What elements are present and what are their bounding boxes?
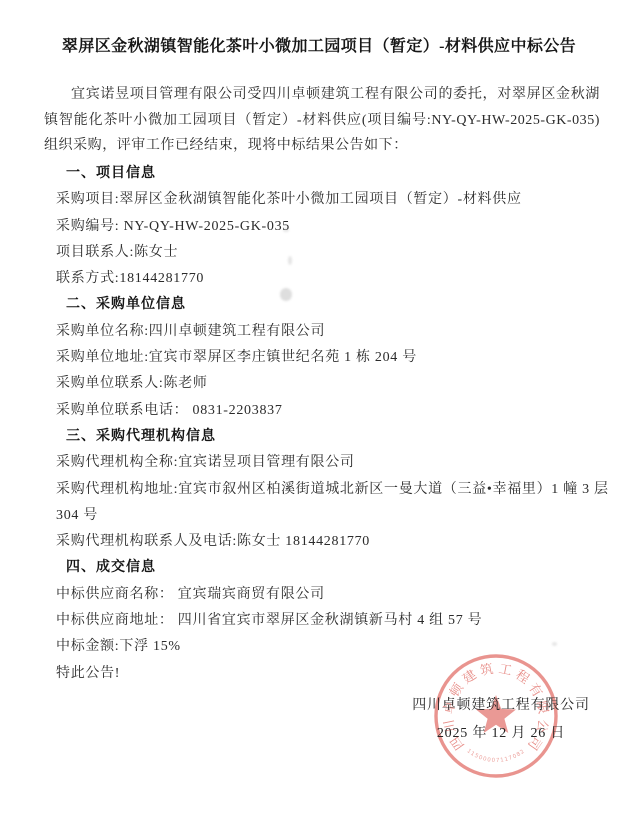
section-heading-purchaser-info: 二、采购单位信息 xyxy=(56,292,604,318)
document-title: 翠屏区金秋湖镇智能化茶叶小微加工园项目（暂定）-材料供应中标公告 xyxy=(0,33,638,56)
info-line-project-phone: 联系方式:18144281770 xyxy=(56,266,604,292)
section-heading-agency-info: 三、采购代理机构信息 xyxy=(56,424,604,450)
info-line-purchaser-contact: 采购单位联系人:陈老师 xyxy=(56,371,604,397)
info-line-project-number: 采购编号: NY-QY-HW-2025-GK-035 xyxy=(56,214,604,240)
info-line-agency-name: 采购代理机构全称:宜宾诺昱项目管理有限公司 xyxy=(56,450,604,476)
info-line-purchaser-name: 采购单位名称:四川卓顿建筑工程有限公司 xyxy=(56,319,604,345)
document-body: 一、项目信息 采购项目:翠屏区金秋湖镇智能化茶叶小微加工园项目（暂定）-材料供应… xyxy=(56,161,604,687)
scan-speck xyxy=(280,288,292,301)
scan-speck xyxy=(288,256,292,265)
info-line-winner-address: 中标供应商地址： 四川省宜宾市翠屏区金秋湖镇新马村 4 组 57 号 xyxy=(56,608,604,634)
info-line-winner-name: 中标供应商名称： 宜宾瑞宾商贸有限公司 xyxy=(56,582,604,608)
info-line-project-name: 采购项目:翠屏区金秋湖镇智能化茶叶小微加工园项目（暂定）-材料供应 xyxy=(56,187,604,213)
info-line-agency-address: 采购代理机构地址:宜宾市叙州区柏溪街道城北新区一曼大道（三益•幸福里）1 幢 3… xyxy=(56,477,604,503)
section-heading-award-info: 四、成交信息 xyxy=(56,555,604,581)
info-line-purchaser-address: 采购单位地址:宜宾市翠屏区李庄镇世纪名苑 1 栋 204 号 xyxy=(56,345,604,371)
signature-block: 四川卓顿建筑工程有限公司 2025 年 12 月 26 日 xyxy=(396,692,606,748)
announcement-document: 翠屏区金秋湖镇智能化茶叶小微加工园项目（暂定）-材料供应中标公告 宜宾诺昱项目管… xyxy=(0,0,638,816)
intro-paragraph: 宜宾诺昱项目管理有限公司受四川卓顿建筑工程有限公司的委托，对翠屏区金秋湖镇智能化… xyxy=(44,82,600,159)
signature-company: 四川卓顿建筑工程有限公司 xyxy=(396,692,606,720)
info-line-project-contact: 项目联系人:陈女士 xyxy=(56,240,604,266)
info-line-purchaser-phone: 采购单位联系电话： 0831-2203837 xyxy=(56,398,604,424)
info-line-agency-address-2: 304 号 xyxy=(56,503,604,529)
svg-text:建: 建 xyxy=(460,667,479,687)
svg-text:程: 程 xyxy=(513,667,532,687)
info-line-agency-contact: 采购代理机构联系人及电话:陈女士 18144281770 xyxy=(56,529,604,555)
svg-text:工: 工 xyxy=(498,661,514,678)
svg-text:筑: 筑 xyxy=(479,661,495,678)
section-heading-project-info: 一、项目信息 xyxy=(56,161,604,187)
scan-speck xyxy=(283,228,289,232)
signature-date: 2025 年 12 月 26 日 xyxy=(396,720,606,748)
